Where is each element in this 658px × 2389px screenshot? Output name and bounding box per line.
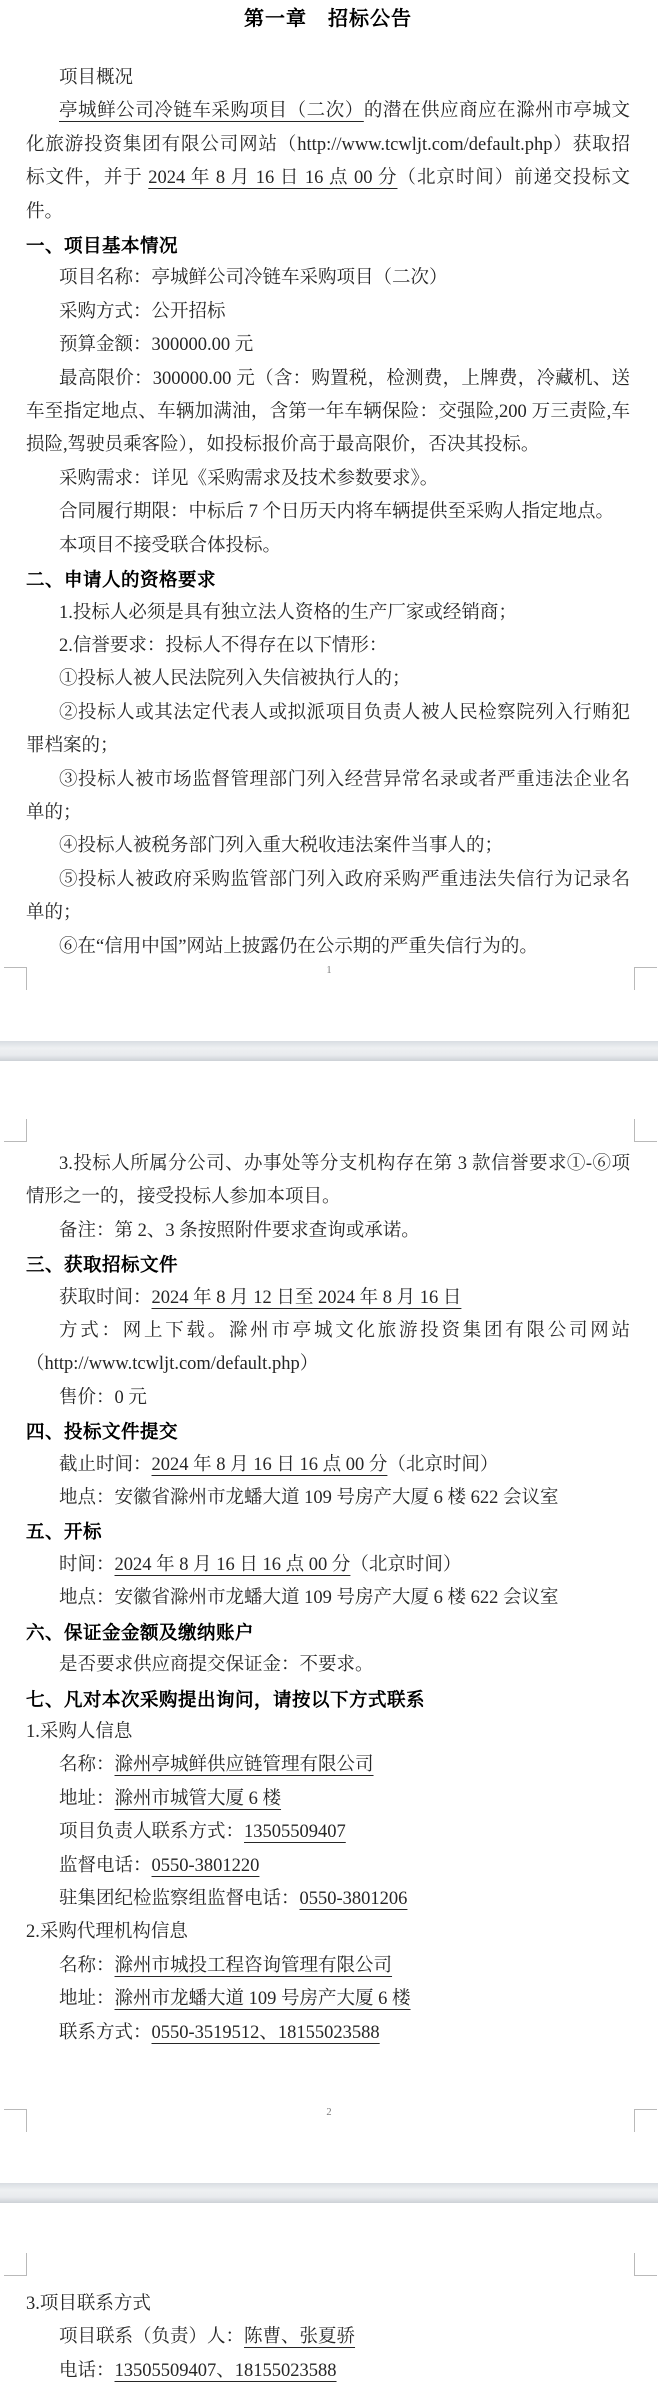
text-run: 地点：安徽省滁州市龙蟠大道 109 号房产大厦 6 楼 622 会议室 [59, 1588, 559, 1608]
paragraph: ①投标人被人民法院列入失信被执行人的； [26, 663, 630, 696]
underlined-value: 2024 年 8 月 12 日至 2024 年 8 月 16 日 [152, 1288, 462, 1308]
paragraph: 联系方式：0550-3519512、18155023588 [26, 2017, 630, 2050]
paragraph: 地点：安徽省滁州市龙蟠大道 109 号房产大厦 6 楼 622 会议室 [26, 1482, 630, 1515]
text-run: 名称： [59, 1956, 115, 1976]
section-heading: 二、申请人的资格要求 [26, 563, 630, 596]
paragraph: 1.投标人必须是具有独立法人资格的生产厂家或经销商； [26, 597, 630, 630]
underlined-value: 13505509407、18155023588 [115, 2361, 337, 2381]
text-run: 截止时间： [59, 1455, 152, 1475]
paragraph: 3.投标人所属分公司、办事处等分支机构存在第 3 款信誉要求①-⑥项情形之一的，… [26, 1148, 630, 1215]
text-run: 3.项目联系方式 [26, 2294, 151, 2314]
section-heading: 四、投标文件提交 [26, 1415, 630, 1448]
text-run: 3.投标人所属分公司、办事处等分支机构存在第 3 款信誉要求①-⑥项情形之一的，… [26, 1154, 630, 1207]
underlined-value: 陈曹、张夏骄 [244, 2327, 355, 2347]
paragraph: 地址：滁州市龙蟠大道 109 号房产大厦 6 楼 [26, 1983, 630, 2016]
corner-mark-bottom-left [4, 967, 27, 990]
text-run: 地点：安徽省滁州市龙蟠大道 109 号房产大厦 6 楼 622 会议室 [59, 1488, 559, 1508]
text-run: ⑤投标人被政府采购监管部门列入政府采购严重违法失信行为记录名单的； [26, 870, 630, 923]
document-title: 第一章 招标公告 [26, 4, 630, 34]
paragraph: 2.信誉要求：投标人不得存在以下情形： [26, 630, 630, 663]
text-run: （北京时间） [350, 1555, 461, 1575]
text-run: 2.信誉要求：投标人不得存在以下情形： [59, 636, 387, 656]
paragraph: 2.采购代理机构信息 [26, 1916, 630, 1949]
corner-mark-top-right [634, 1119, 657, 1142]
text-run: 合同履行期限：中标后 7 个日历天内将车辆提供至采购人指定地点。 [59, 502, 614, 522]
text-run: 二、申请人的资格要求 [26, 569, 216, 590]
underlined-value: 滁州市城管大厦 6 楼 [115, 1789, 282, 1809]
section-heading: 一、项目基本情况 [26, 229, 630, 262]
text-run: 时间： [59, 1555, 115, 1575]
text-run: 六、保证金金额及缴纳账户 [26, 1622, 254, 1643]
text-run: 监督电话： [59, 1856, 152, 1876]
underlined-value: 0550-3801220 [152, 1856, 260, 1876]
text-run: ①投标人被人民法院列入失信被执行人的； [59, 669, 411, 689]
paragraph: 项目联系（负责）人：陈曹、张夏骄 [26, 2321, 630, 2354]
page-1-text-area: 第一章 招标公告项目概况亭城鲜公司冷链车采购项目（二次）的潜在供应商应在滁州市亭… [0, 0, 658, 964]
text-run: 地址： [59, 1989, 115, 2009]
paragraph: 项目负责人联系方式：13505509407 [26, 1816, 630, 1849]
paragraph: 地点：安徽省滁州市龙蟠大道 109 号房产大厦 6 楼 622 会议室 [26, 1582, 630, 1615]
page-2-text-area: 3.投标人所属分公司、办事处等分支机构存在第 3 款信誉要求①-⑥项情形之一的，… [0, 1061, 658, 2050]
paragraph: 监督电话：0550-3801220 [26, 1850, 630, 1883]
text-run: ④投标人被税务部门列入重大税收违法案件当事人的； [59, 836, 503, 856]
paragraph: 项目名称：亭城鲜公司冷链车采购项目（二次） [26, 262, 630, 295]
text-run: （北京时间） [387, 1455, 498, 1475]
paragraph: 是否要求供应商提交保证金：不要求。 [26, 1649, 630, 1682]
document-page-1: 第一章 招标公告项目概况亭城鲜公司冷链车采购项目（二次）的潜在供应商应在滁州市亭… [0, 0, 658, 1041]
paragraph: 方式：网上下载。滁州市亭城文化旅游投资集团有限公司网站 [26, 1315, 630, 1348]
paragraph: 售价：0 元 [26, 1382, 630, 1415]
text-run: 最高限价：300000.00 元（含：购置税，检测费，上牌费，冷藏机、送车至指定… [26, 369, 630, 456]
text-run: ②投标人或其法定代表人或拟派项目负责人被人民检察院列入行贿犯罪档案的； [26, 703, 630, 756]
text-run: 方式：网上下载。滁州市亭城文化旅游投资集团有限公司网站 [59, 1321, 630, 1341]
text-run: 项目负责人联系方式： [59, 1822, 244, 1842]
paragraph: 获取时间：2024 年 8 月 12 日至 2024 年 8 月 16 日 [26, 1282, 630, 1315]
paragraph: 采购方式：公开招标 [26, 296, 630, 329]
text-run: 备注：第 2、3 条按照附件要求查询或承诺。 [59, 1221, 420, 1241]
text-run: 五、开标 [26, 1521, 102, 1542]
page-number: 1 [0, 965, 658, 977]
text-run: 三、获取招标文件 [26, 1254, 178, 1275]
text-run: 获取时间： [59, 1288, 152, 1308]
corner-mark-bottom-right [634, 967, 657, 990]
text-run: 驻集团纪检监察组监督电话： [59, 1889, 300, 1909]
paragraph: 本项目不接受联合体投标。 [26, 530, 630, 563]
paragraph: 名称：滁州亭城鲜供应链管理有限公司 [26, 1749, 630, 1782]
paragraph: 名称：滁州市城投工程咨询管理有限公司 [26, 1950, 630, 1983]
text-run: 第一章 招标公告 [244, 8, 412, 30]
text-run: 本项目不接受联合体投标。 [59, 536, 281, 556]
underlined-value: 滁州亭城鲜供应链管理有限公司 [115, 1755, 374, 1775]
paragraph: 电话：13505509407、18155023588 [26, 2355, 630, 2388]
text-run: 1.采购人信息 [26, 1722, 132, 1742]
text-run: 项目概况 [59, 68, 133, 88]
text-run: 售价：0 元 [59, 1388, 147, 1408]
corner-mark-top-right [634, 2253, 657, 2276]
text-run: 地址： [59, 1789, 115, 1809]
text-run: 预算金额：300000.00 元 [59, 335, 253, 355]
text-run: 四、投标文件提交 [26, 1421, 178, 1442]
underlined-value: 2024 年 8 月 16 日 16 点 00 分 [115, 1555, 351, 1575]
corner-mark-top-left [4, 2253, 27, 2276]
document-page-3: 3.项目联系方式项目联系（负责）人：陈曹、张夏骄电话：13505509407、1… [0, 2203, 658, 2389]
section-heading: 七、凡对本次采购提出询问，请按以下方式联系 [26, 1683, 630, 1716]
text-run: 采购方式：公开招标 [59, 302, 226, 322]
page-separator [0, 1041, 658, 1061]
paragraph: 驻集团纪检监察组监督电话：0550-3801206 [26, 1883, 630, 1916]
text-run: 采购需求：详见《采购需求及技术参数要求》。 [59, 469, 438, 489]
underlined-value: 0550-3519512、18155023588 [152, 2023, 380, 2043]
text-run: 联系方式： [59, 2023, 152, 2043]
document-page-2: 3.投标人所属分公司、办事处等分支机构存在第 3 款信誉要求①-⑥项情形之一的，… [0, 1061, 658, 2183]
paragraph: 1.采购人信息 [26, 1716, 630, 1749]
paragraph: 亭城鲜公司冷链车采购项目（二次）的潜在供应商应在滁州市亭城文化旅游投资集团有限公… [26, 95, 630, 229]
underlined-value: 2024 年 8 月 16 日 16 点 00 分 [152, 1455, 388, 1475]
underlined-value: 滁州市龙蟠大道 109 号房产大厦 6 楼 [115, 1989, 411, 2009]
corner-mark-bottom-left [4, 2109, 27, 2132]
corner-mark-bottom-right [634, 2109, 657, 2132]
paragraph: 最高限价：300000.00 元（含：购置税，检测费，上牌费，冷藏机、送车至指定… [26, 363, 630, 463]
text-run: 项目联系（负责）人： [59, 2327, 244, 2347]
underlined-value: 2024 年 8 月 16 日 16 点 00 分 [148, 168, 397, 188]
text-run: 七、凡对本次采购提出询问，请按以下方式联系 [26, 1689, 425, 1710]
paragraph: 预算金额：300000.00 元 [26, 329, 630, 362]
paragraph: ⑥在“信用中国”网站上披露仍在公示期的严重失信行为的。 [26, 931, 630, 964]
paragraph: 地址：滁州市城管大厦 6 楼 [26, 1783, 630, 1816]
paragraph: ⑤投标人被政府采购监管部门列入政府采购严重违法失信行为记录名单的； [26, 864, 630, 931]
underlined-value: 13505509407 [244, 1822, 346, 1842]
section-heading: 五、开标 [26, 1515, 630, 1548]
text-run: ③投标人被市场监督管理部门列入经营异常名录或者严重违法企业名单的； [26, 770, 630, 823]
paragraph: ④投标人被税务部门列入重大税收违法案件当事人的； [26, 830, 630, 863]
paragraph: 项目概况 [26, 62, 630, 95]
paragraph: 备注：第 2、3 条按照附件要求查询或承诺。 [26, 1215, 630, 1248]
text-run: 项目名称：亭城鲜公司冷链车采购项目（二次） [59, 268, 448, 288]
text-run: 名称： [59, 1755, 115, 1775]
text-run: ⑥在“信用中国”网站上披露仍在公示期的严重失信行为的。 [59, 937, 538, 957]
underlined-value: 0550-3801206 [300, 1889, 408, 1909]
paragraph: ②投标人或其法定代表人或拟派项目负责人被人民检察院列入行贿犯罪档案的； [26, 697, 630, 764]
section-heading: 六、保证金金额及缴纳账户 [26, 1616, 630, 1649]
text-run: 一、项目基本情况 [26, 235, 178, 256]
page-3-text-area: 3.项目联系方式项目联系（负责）人：陈曹、张夏骄电话：13505509407、1… [0, 2203, 658, 2388]
paragraph: 采购需求：详见《采购需求及技术参数要求》。 [26, 463, 630, 496]
paragraph: （http://www.tcwljt.com/default.php） [26, 1348, 630, 1381]
page-separator [0, 2183, 658, 2203]
paragraph: 截止时间：2024 年 8 月 16 日 16 点 00 分（北京时间） [26, 1449, 630, 1482]
page-number: 2 [0, 2107, 658, 2119]
section-heading: 三、获取招标文件 [26, 1248, 630, 1281]
corner-mark-top-left [4, 1119, 27, 1142]
paragraph: 时间：2024 年 8 月 16 日 16 点 00 分（北京时间） [26, 1549, 630, 1582]
paragraph: 合同履行期限：中标后 7 个日历天内将车辆提供至采购人指定地点。 [26, 496, 630, 529]
text-run: 1.投标人必须是具有独立法人资格的生产厂家或经销商； [59, 603, 517, 623]
word-document-view: 第一章 招标公告项目概况亭城鲜公司冷链车采购项目（二次）的潜在供应商应在滁州市亭… [0, 0, 658, 2389]
text-run: 电话： [59, 2361, 115, 2381]
paragraph: ③投标人被市场监督管理部门列入经营异常名录或者严重违法企业名单的； [26, 764, 630, 831]
underlined-value: 亭城鲜公司冷链车采购项目（二次） [59, 101, 364, 121]
text-run: 2.采购代理机构信息 [26, 1922, 188, 1942]
text-run: （http://www.tcwljt.com/default.php） [26, 1354, 318, 1374]
text-run: 是否要求供应商提交保证金：不要求。 [59, 1655, 374, 1675]
underlined-value: 滁州市城投工程咨询管理有限公司 [115, 1956, 393, 1976]
paragraph: 3.项目联系方式 [26, 2288, 630, 2321]
